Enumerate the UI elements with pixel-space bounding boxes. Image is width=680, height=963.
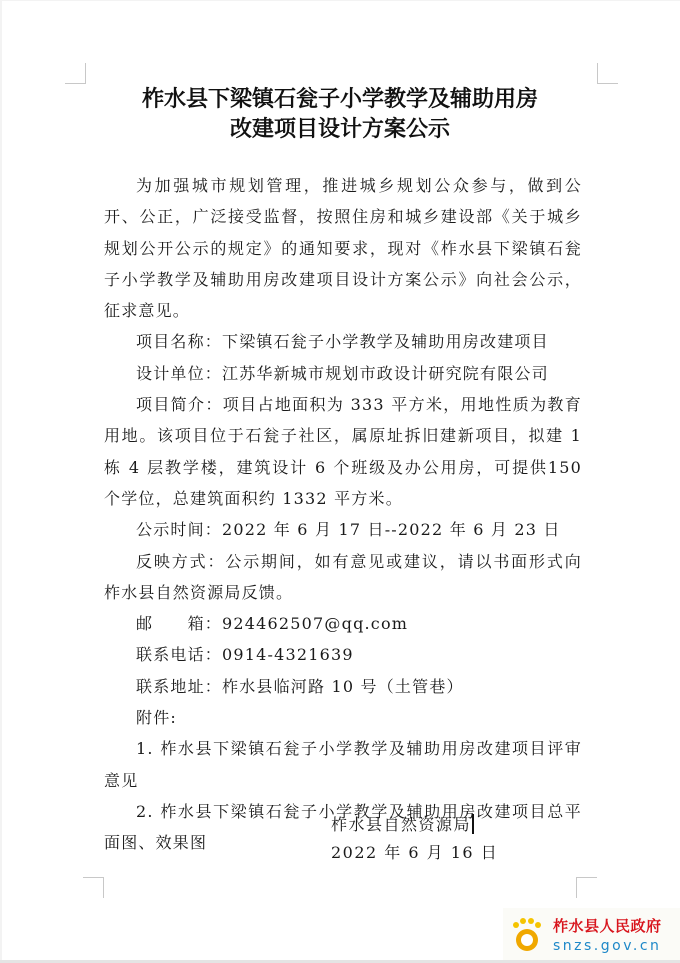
summary-line: 项目简介：项目占地面积为 333 平方米，用地性质为教 [136, 395, 565, 414]
crop-mark-top-right [597, 63, 618, 84]
document-title-line-2: 改建项目设计方案公示 [0, 112, 680, 143]
attachments-label: 附件: [104, 702, 582, 733]
feedback-method: 反映方式：公示期间，如有意见或建议，请以书面形式向柞水县自然资源局反馈。 [104, 546, 582, 609]
watermark-text: 柞水县人民政府 snzs.gov.cn [553, 915, 662, 954]
text-cursor [472, 814, 474, 834]
sun-logo-icon [507, 914, 547, 954]
attachment-line: 1. 柞水县下梁镇石瓮子小学教学及辅助用房改建项目 [136, 739, 547, 758]
project-summary: 项目简介：项目占地面积为 333 平方米，用地性质为教育用地。该项目位于石瓮子社… [104, 389, 582, 514]
watermark-name: 柞水县人民政府 [553, 915, 662, 936]
project-name: 项目名称：下梁镇石瓮子小学教学及辅助用房改建项目 [104, 326, 582, 357]
organization-name: 柞水县自然资源局 [331, 815, 471, 834]
phone-row: 联系电话：0914-4321639 [104, 639, 582, 670]
document-body: 为加强城市规划管理，推进城乡规划公众参与，做到公开、公正，广泛接受监督，按照住房… [104, 170, 582, 859]
address-row: 联系地址：柞水县临河路 10 号（土管巷） [104, 671, 582, 702]
email-link[interactable]: 924462507@qq.com [222, 614, 408, 633]
crop-mark-bottom-right [576, 877, 597, 898]
signature-organization: 柞水县自然资源局 [331, 812, 474, 835]
design-unit: 设计单位：江苏华新城市规划市政设计研究院有限公司 [104, 358, 582, 389]
email-label: 邮 箱： [136, 614, 222, 633]
intro-paragraph: 为加强城市规划管理，推进城乡规划公众参与，做到公开、公正，广泛接受监督，按照住房… [104, 170, 582, 326]
email-row: 邮 箱：924462507@qq.com [104, 608, 582, 639]
intro-line: 开、公正，广泛接受监督，按照住房和城乡建设部《关于城 [104, 207, 565, 226]
crop-mark-bottom-left [83, 877, 104, 898]
crop-mark-top-left [65, 63, 86, 84]
feedback-line: 反映方式：公示期间，如有意见或建议，请以书面形式 [136, 552, 565, 571]
publicity-period: 公示时间：2022 年 6 月 17 日--2022 年 6 月 23 日 [104, 514, 582, 545]
watermark: 柞水县人民政府 snzs.gov.cn [503, 908, 680, 960]
document-title-line-1: 柞水县下梁镇石瓮子小学教学及辅助用房 [0, 82, 680, 113]
watermark-domain: snzs.gov.cn [553, 938, 662, 954]
attachment-item-1: 1. 柞水县下梁镇石瓮子小学教学及辅助用房改建项目评审意见 [104, 733, 582, 796]
intro-line: 为加强城市规划管理，推进城乡规划公众参与，做到公 [136, 176, 582, 195]
signature-date: 2022 年 6 月 16 日 [331, 840, 498, 863]
